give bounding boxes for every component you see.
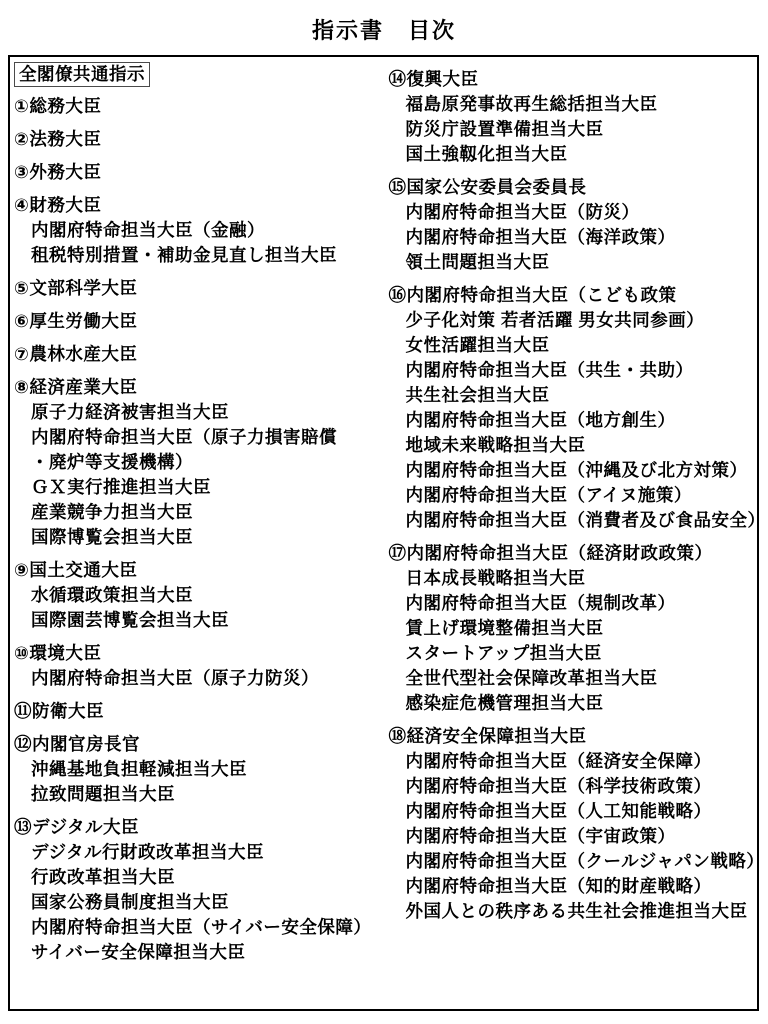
toc-entry: ④財務大臣内閣府特命担当大臣（金融）租税特別措置・補助金見直し担当大臣 xyxy=(13,193,382,268)
toc-entry-subitem: 国際園芸博覧会担当大臣 xyxy=(13,608,382,633)
toc-entry-subitem: 国土強靱化担当大臣 xyxy=(388,142,756,167)
toc-entry-subitem: デジタル行財政改革担当大臣 xyxy=(13,840,382,865)
toc-entry: ⑯内閣府特命担当大臣（こども政策少子化対策 若者活躍 男女共同参画）女性活躍担当… xyxy=(388,283,756,533)
toc-entry-subitem: 国家公務員制度担当大臣 xyxy=(13,890,382,915)
toc-entry-subitem: 内閣府特命担当大臣（地方創生） xyxy=(388,408,756,433)
toc-entry-subitem: 地域未来戦略担当大臣 xyxy=(388,433,756,458)
toc-entry-subitem: 原子力経済被害担当大臣 xyxy=(13,400,382,425)
toc-entries-right: ⑭復興大臣福島原発事故再生総括担当大臣防災庁設置準備担当大臣国土強靱化担当大臣⑮… xyxy=(388,67,756,924)
toc-entry-subitem: 水循環政策担当大臣 xyxy=(13,583,382,608)
toc-entry-subitem: 行政改革担当大臣 xyxy=(13,865,382,890)
toc-entry-subitem: 外国人との秩序ある共生社会推進担当大臣 xyxy=(388,899,756,924)
toc-entry-subitem: 内閣府特命担当大臣（科学技術政策） xyxy=(388,774,756,799)
toc-entry-header: ⑨国土交通大臣 xyxy=(13,558,382,583)
toc-entry-header: ⑧経済産業大臣 xyxy=(13,375,382,400)
toc-entry: ⑱経済安全保障担当大臣内閣府特命担当大臣（経済安全保障）内閣府特命担当大臣（科学… xyxy=(388,724,756,924)
toc-entry-subitem: 内閣府特命担当大臣（原子力防災） xyxy=(13,666,382,691)
toc-entry-subitem: ・廃炉等支援機構） xyxy=(13,450,382,475)
toc-entry-subitem: 全世代型社会保障改革担当大臣 xyxy=(388,666,756,691)
toc-entry-header: ①総務大臣 xyxy=(13,94,382,119)
toc-entry-subitem: 内閣府特命担当大臣（知的財産戦略） xyxy=(388,874,756,899)
toc-entry-header: ⑪防衛大臣 xyxy=(13,699,382,724)
toc-entry-subitem: 内閣府特命担当大臣（沖縄及び北方対策） xyxy=(388,458,756,483)
toc-entry-subitem: 防災庁設置準備担当大臣 xyxy=(388,117,756,142)
page-title: 指示書 目次 xyxy=(0,0,768,45)
toc-entry: ⑥厚生労働大臣 xyxy=(13,309,382,334)
toc-border-box: 全閣僚共通指示 ①総務大臣②法務大臣③外務大臣④財務大臣内閣府特命担当大臣（金融… xyxy=(8,55,759,1011)
common-directive-tag: 全閣僚共通指示 xyxy=(14,62,150,87)
toc-entry-subitem: 沖縄基地負担軽減担当大臣 xyxy=(13,757,382,782)
toc-entry-subitem: 産業競争力担当大臣 xyxy=(13,500,382,525)
toc-entry-header: ③外務大臣 xyxy=(13,160,382,185)
toc-entry: ⑮国家公安委員会委員長内閣府特命担当大臣（防災）内閣府特命担当大臣（海洋政策）領… xyxy=(388,175,756,275)
toc-column-left: 全閣僚共通指示 ①総務大臣②法務大臣③外務大臣④財務大臣内閣府特命担当大臣（金融… xyxy=(10,57,384,1009)
toc-entry: ⑰内閣府特命担当大臣（経済財政政策）日本成長戦略担当大臣内閣府特命担当大臣（規制… xyxy=(388,541,756,716)
toc-entry-subitem: 内閣府特命担当大臣（サイバー安全保障） xyxy=(13,915,382,940)
toc-entry-subitem: 内閣府特命担当大臣（宇宙政策） xyxy=(388,824,756,849)
toc-column-right: ⑭復興大臣福島原発事故再生総括担当大臣防災庁設置準備担当大臣国土強靱化担当大臣⑮… xyxy=(384,57,758,1009)
toc-entry: ①総務大臣 xyxy=(13,94,382,119)
toc-entry-header: ⑰内閣府特命担当大臣（経済財政政策） xyxy=(388,541,756,566)
toc-entry-header: ⑬デジタル大臣 xyxy=(13,815,382,840)
toc-entry-subitem: 共生社会担当大臣 xyxy=(388,383,756,408)
toc-entry-subitem: 感染症危機管理担当大臣 xyxy=(388,691,756,716)
toc-entry-subitem: 内閣府特命担当大臣（アイヌ施策） xyxy=(388,483,756,508)
toc-entry-header: ⑮国家公安委員会委員長 xyxy=(388,175,756,200)
toc-entry-subitem: 内閣府特命担当大臣（共生・共助） xyxy=(388,358,756,383)
toc-entry: ②法務大臣 xyxy=(13,127,382,152)
toc-entry-subitem: 領土問題担当大臣 xyxy=(388,250,756,275)
toc-entry-subitem: 日本成長戦略担当大臣 xyxy=(388,566,756,591)
toc-entry: ⑦農林水産大臣 xyxy=(13,342,382,367)
toc-entry-header: ④財務大臣 xyxy=(13,193,382,218)
toc-entry-subitem: 少子化対策 若者活躍 男女共同参画） xyxy=(388,308,756,333)
toc-entry-subitem: 内閣府特命担当大臣（クールジャパン戦略） xyxy=(388,849,756,874)
toc-entry-subitem: 内閣府特命担当大臣（海洋政策） xyxy=(388,225,756,250)
toc-entry-subitem: 内閣府特命担当大臣（金融） xyxy=(13,218,382,243)
toc-entry-subitem: 賃上げ環境整備担当大臣 xyxy=(388,616,756,641)
toc-entry-header: ⑱経済安全保障担当大臣 xyxy=(388,724,756,749)
toc-entry: ⑪防衛大臣 xyxy=(13,699,382,724)
toc-entry: ⑧経済産業大臣原子力経済被害担当大臣内閣府特命担当大臣（原子力損害賠償・廃炉等支… xyxy=(13,375,382,550)
toc-entry: ⑨国土交通大臣水循環政策担当大臣国際園芸博覧会担当大臣 xyxy=(13,558,382,633)
toc-entry-subitem: ＧＸ実行推進担当大臣 xyxy=(13,475,382,500)
toc-entry-header: ⑯内閣府特命担当大臣（こども政策 xyxy=(388,283,756,308)
toc-entries-left: ①総務大臣②法務大臣③外務大臣④財務大臣内閣府特命担当大臣（金融）租税特別措置・… xyxy=(13,94,382,965)
toc-entry: ⑩環境大臣内閣府特命担当大臣（原子力防災） xyxy=(13,641,382,691)
toc-entry: ⑬デジタル大臣デジタル行財政改革担当大臣行政改革担当大臣国家公務員制度担当大臣内… xyxy=(13,815,382,965)
toc-entry-subitem: 内閣府特命担当大臣（人工知能戦略） xyxy=(388,799,756,824)
toc-entry: ⑤文部科学大臣 xyxy=(13,276,382,301)
toc-entry-subitem: 内閣府特命担当大臣（防災） xyxy=(388,200,756,225)
toc-entry-subitem: 国際博覧会担当大臣 xyxy=(13,525,382,550)
toc-entry-subitem: 女性活躍担当大臣 xyxy=(388,333,756,358)
toc-entry: ③外務大臣 xyxy=(13,160,382,185)
toc-entry-header: ⑭復興大臣 xyxy=(388,67,756,92)
toc-entry-subitem: 租税特別措置・補助金見直し担当大臣 xyxy=(13,243,382,268)
toc-entry-subitem: サイバー安全保障担当大臣 xyxy=(13,940,382,965)
toc-entry-header: ⑫内閣官房長官 xyxy=(13,732,382,757)
toc-entry-header: ⑤文部科学大臣 xyxy=(13,276,382,301)
toc-entry: ⑫内閣官房長官沖縄基地負担軽減担当大臣拉致問題担当大臣 xyxy=(13,732,382,807)
toc-entry-header: ②法務大臣 xyxy=(13,127,382,152)
toc-entry-header: ⑦農林水産大臣 xyxy=(13,342,382,367)
toc-entry-subitem: 拉致問題担当大臣 xyxy=(13,782,382,807)
toc-entry-subitem: 内閣府特命担当大臣（原子力損害賠償 xyxy=(13,425,382,450)
toc-entry: ⑭復興大臣福島原発事故再生総括担当大臣防災庁設置準備担当大臣国土強靱化担当大臣 xyxy=(388,67,756,167)
toc-entry-subitem: 内閣府特命担当大臣（経済安全保障） xyxy=(388,749,756,774)
toc-entry-subitem: スタートアップ担当大臣 xyxy=(388,641,756,666)
toc-entry-header: ⑩環境大臣 xyxy=(13,641,382,666)
toc-entry-subitem: 内閣府特命担当大臣（消費者及び食品安全） xyxy=(388,508,756,533)
document-page: 指示書 目次 全閣僚共通指示 ①総務大臣②法務大臣③外務大臣④財務大臣内閣府特命… xyxy=(0,0,768,1024)
toc-entry-header: ⑥厚生労働大臣 xyxy=(13,309,382,334)
toc-entry-subitem: 福島原発事故再生総括担当大臣 xyxy=(388,92,756,117)
toc-entry-subitem: 内閣府特命担当大臣（規制改革） xyxy=(388,591,756,616)
